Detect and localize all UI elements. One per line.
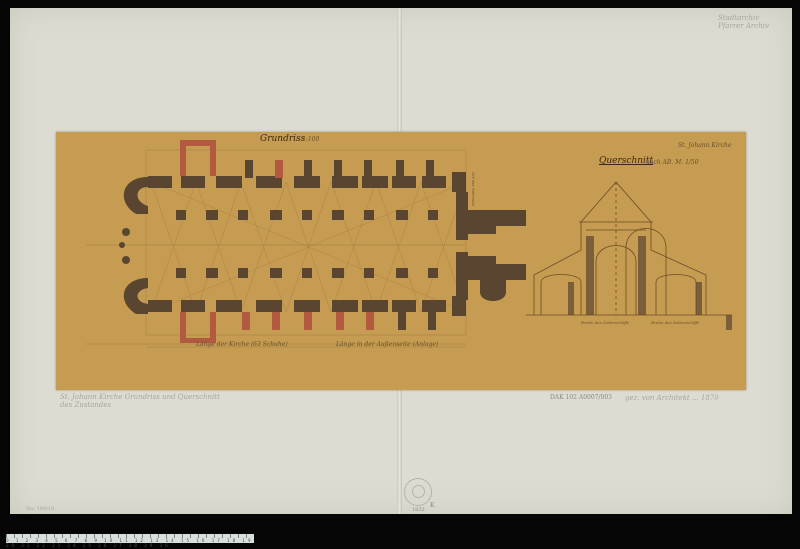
- side-annotation: Ort der Sakristei: [471, 172, 476, 206]
- archive-stamp-icon: [404, 478, 432, 506]
- bottom-left-note-line-1b: Grundriss und Querschnitt: [125, 393, 220, 401]
- catalog-number: DAK 102 A0007/003: [550, 394, 612, 402]
- top-right-note: Stadtarchiv Pfarrer Archiv: [718, 14, 769, 30]
- plan-scale: 1:100: [302, 136, 319, 143]
- stamp-mark: K: [430, 502, 434, 510]
- stamp-number: 1832: [412, 506, 425, 514]
- bottom-left-note-line-1: St. Johann Kirche: [60, 393, 122, 401]
- plan-dimension-right: Länge in der Außenseite (Anlage): [336, 341, 438, 348]
- inventory-number: Inv. 109/18: [26, 505, 54, 513]
- plan-dimension-left: Länge der Kirche (63 Schuhe): [196, 341, 288, 348]
- section-label-right: Breite des Seitenschiffs: [651, 320, 699, 325]
- bottom-left-note: St. Johann Kirche Grundriss und Querschn…: [60, 393, 220, 409]
- section-label-left: Breite des Seitenschiffs: [581, 320, 629, 325]
- top-right-note-line-1: Stadtarchiv: [718, 14, 769, 22]
- scale-bar: 0 1 2 3 4 5 6 7 8 9 10 11 12 13 14 15 16…: [6, 534, 254, 543]
- section-scale-note: nach AB. M. 1/50: [646, 159, 699, 166]
- scale-bar-label: 0 1 2 3 4 5 6 7 8 9 10 11 12 13 14 15 16…: [6, 538, 254, 548]
- plan-title: Grundriss: [260, 134, 305, 144]
- drawing-mount: Grundriss 1:100 Querschnitt nach AB. M. …: [56, 132, 746, 390]
- top-right-note-line-2: Pfarrer Archiv: [718, 22, 769, 30]
- architectural-drawing: [56, 132, 746, 390]
- bottom-center-note: gez. von Architekt ... 1870: [625, 394, 719, 402]
- section-top-note: St. Johann Kirche: [678, 142, 731, 149]
- bottom-left-note-line-2: des Zustandes: [60, 401, 111, 409]
